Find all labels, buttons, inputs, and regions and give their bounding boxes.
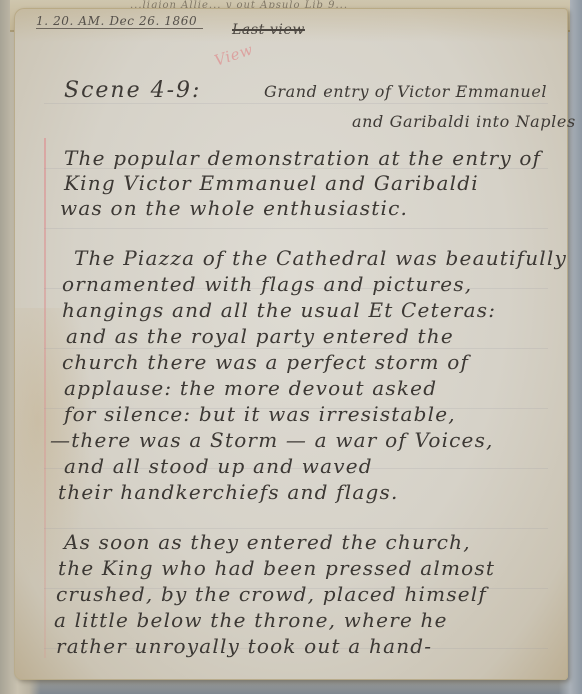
paragraph-2-line-7: for silence: but it was irresistable,: [64, 402, 456, 426]
ruled-line: [44, 348, 548, 349]
paragraph-3-line-2: the King who had been pressed almost: [58, 556, 495, 580]
paragraph-2-line-3: hangings and all the usual Et Ceteras:: [62, 298, 496, 322]
paragraph-3-line-3: crushed, by the crowd, placed himself: [56, 582, 487, 606]
paragraph-2-line-10: their handkerchiefs and flags.: [58, 480, 399, 504]
scene-heading-line-1: Grand entry of Victor Emmanuel: [264, 82, 547, 101]
paragraph-3-line-5: rather unroyally took out a hand-: [56, 634, 432, 658]
paragraph-2-line-8: —there was a Storm — a war of Voices,: [50, 428, 494, 452]
paragraph-1-line-2: King Victor Emmanuel and Garibaldi: [64, 171, 479, 195]
paragraph-2-line-1: The Piazza of the Cathedral was beautifu…: [74, 246, 567, 270]
paragraph-2-line-9: and all stood up and waved: [64, 454, 373, 478]
paragraph-1-line-1: The popular demonstration at the entry o…: [64, 146, 541, 170]
ruled-line: [44, 228, 548, 229]
paragraph-2-line-5: church there was a perfect storm of: [62, 350, 469, 374]
ruled-line: [44, 528, 548, 529]
paragraph-2-line-6: applause: the more devout asked: [64, 376, 437, 400]
date-line: 1. 20. AM. Dec 26. 1860: [36, 14, 203, 29]
paragraph-3-line-4: a little below the throne, where he: [54, 608, 448, 632]
margin-rule: [44, 138, 46, 658]
scene-label: Scene 4-9:: [64, 78, 201, 103]
pencil-annotation: View: [212, 40, 255, 69]
paragraph-1-line-3: was on the whole enthusiastic.: [60, 196, 408, 220]
struck-title: Last view: [232, 22, 305, 38]
paragraph-2-line-2: ornamented with flags and pictures,: [62, 272, 472, 296]
ruled-line: [44, 103, 548, 104]
manuscript-page: 1. 20. AM. Dec 26. 1860 Last view View S…: [14, 8, 568, 680]
scene-heading-line-2: and Garibaldi into Naples: [352, 112, 576, 131]
paragraph-2-line-4: and as the royal party entered the: [66, 324, 454, 348]
paragraph-3-line-1: As soon as they entered the church,: [64, 530, 471, 554]
